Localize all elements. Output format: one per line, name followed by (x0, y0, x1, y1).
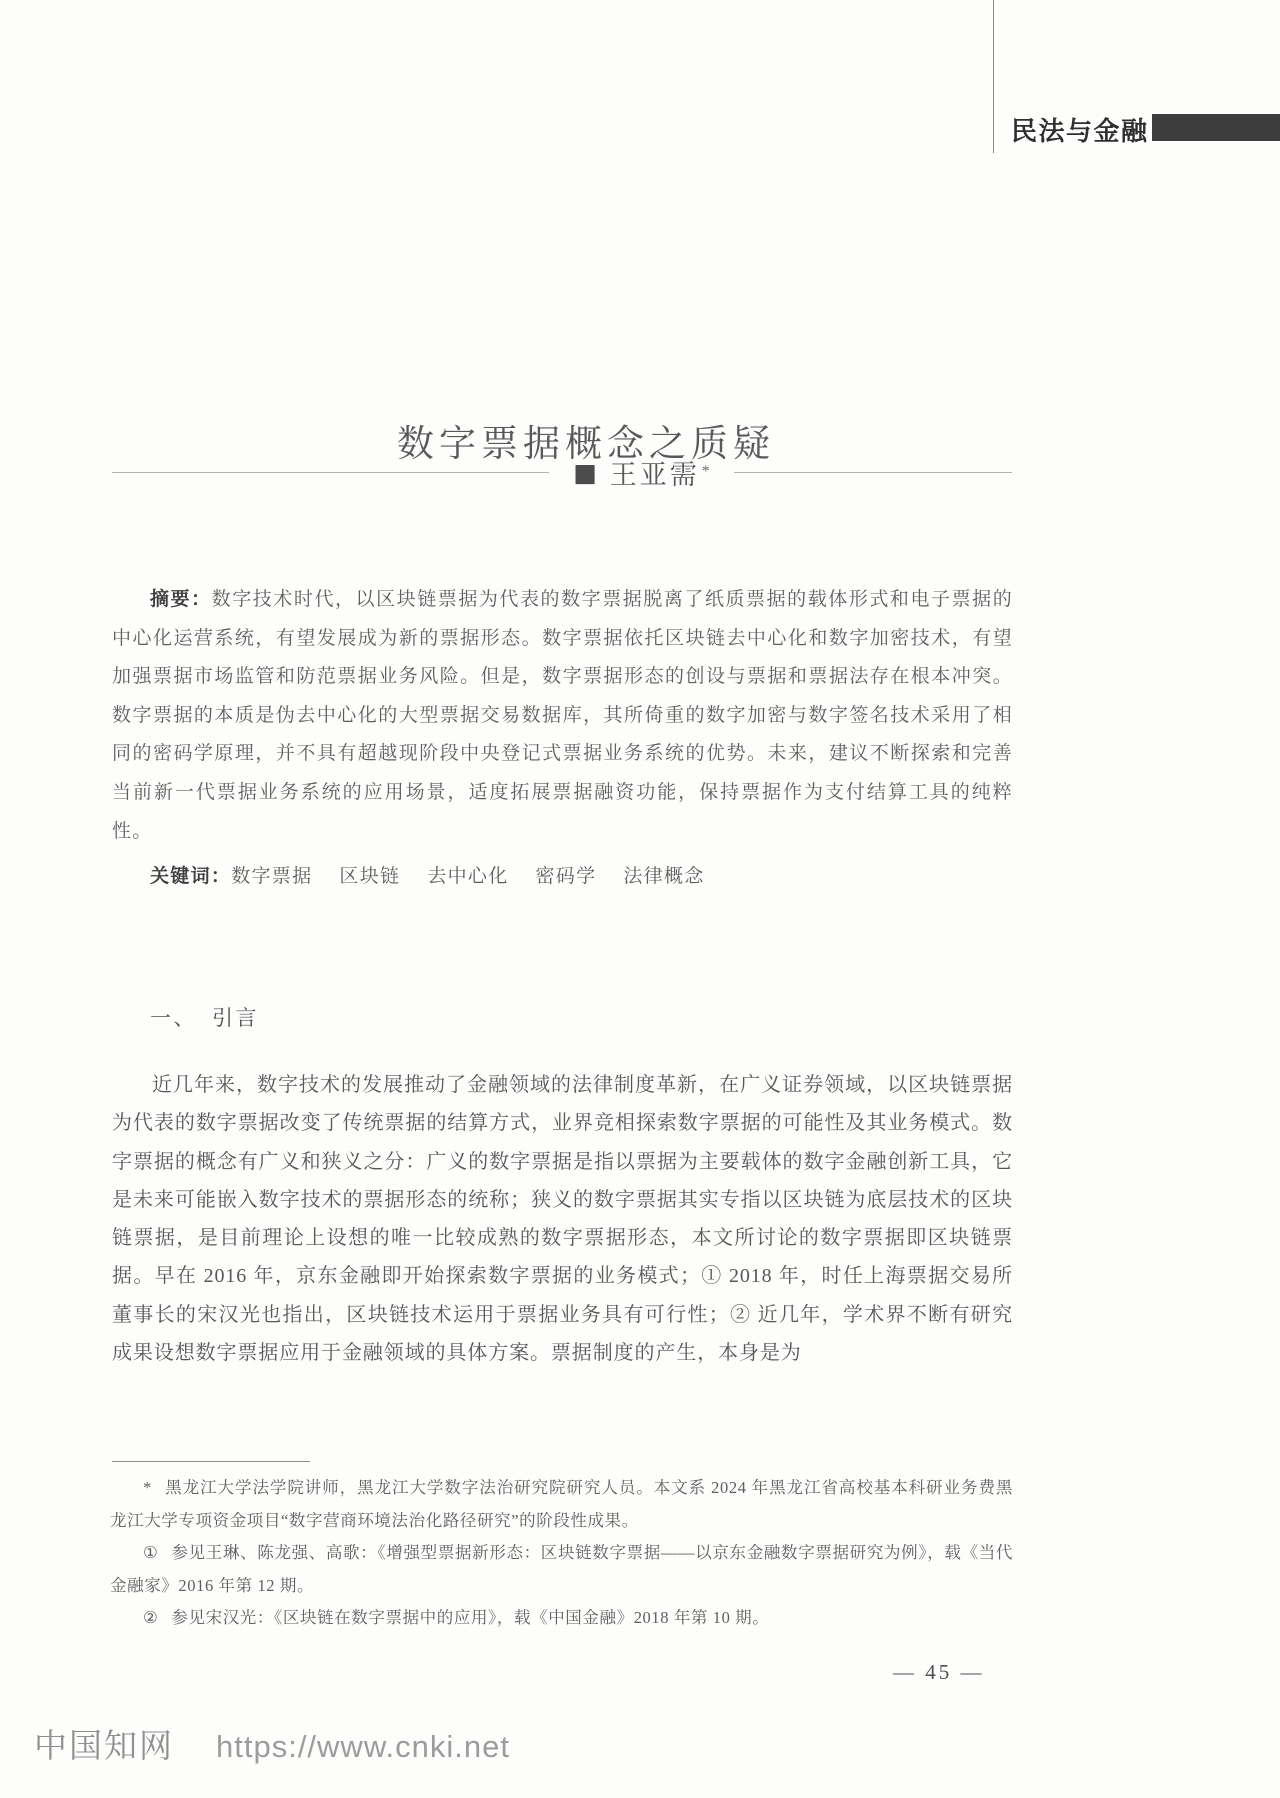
cnki-brand: 中国知网 (34, 1720, 174, 1767)
author-rule-right (734, 472, 1012, 473)
header-dark-block (1152, 114, 1280, 141)
footnote-text: 参见王琳、陈龙强、高歌：《增强型票据新形态：区块链数字票据——以京东金融数字票据… (110, 1543, 1013, 1595)
keyword-item: 区块链 (339, 866, 400, 887)
section-number: 一、 (150, 1007, 197, 1030)
document-page: 民法与金融 数字票据概念之质疑 ■ 王亚需 * 摘要：数字技术时代，以区块链票据… (0, 0, 1280, 1798)
keyword-item: 法律概念 (623, 866, 704, 887)
author-square-icon: ■ (573, 460, 597, 485)
section-heading: 一、引言 (150, 1002, 259, 1032)
keyword-item: 去中心化 (427, 866, 508, 887)
page-number: — 45 — (893, 1660, 985, 1685)
abstract-label: 摘要： (150, 589, 212, 610)
cnki-footer: 中国知网 https://www.cnki.net (34, 1720, 510, 1767)
keyword-item: 数字票据 (231, 866, 312, 887)
author-row: ■ 王亚需 * (112, 452, 1012, 492)
author-rule-left (112, 472, 549, 473)
author-footnote-mark: * (702, 463, 710, 481)
footnote-item: *黑龙江大学法学院讲师，黑龙江大学数字法治研究院研究人员。本文系 2024 年黑… (110, 1472, 1013, 1537)
footnote-marker: * (143, 1478, 152, 1497)
footnotes: *黑龙江大学法学院讲师，黑龙江大学数字法治研究院研究人员。本文系 2024 年黑… (110, 1472, 1013, 1635)
keywords-line: 关键词：数字票据区块链去中心化密码学法律概念 (112, 861, 1013, 888)
footnote-text: 黑龙江大学法学院讲师，黑龙江大学数字法治研究院研究人员。本文系 2024 年黑龙… (110, 1478, 1013, 1530)
body-paragraph: 近几年来，数字技术的发展推动了金融领域的法律制度革新，在广义证券领域，以区块链票… (112, 1066, 1013, 1372)
header-vertical-rule (993, 0, 994, 153)
abstract-text: 数字技术时代，以区块链票据为代表的数字票据脱离了纸质票据的载体形式和电子票据的中… (112, 589, 1013, 842)
author-block: ■ 王亚需 * (573, 453, 710, 492)
footnote-marker: ② (143, 1608, 158, 1627)
section-title: 引言 (212, 1007, 259, 1030)
author-name: 王亚需 (610, 453, 700, 492)
footnote-separator (112, 1461, 310, 1462)
journal-section-label: 民法与金融 (1011, 111, 1149, 148)
cnki-url: https://www.cnki.net (216, 1729, 510, 1765)
footnote-marker: ① (143, 1543, 158, 1562)
keyword-item: 密码学 (536, 866, 597, 887)
abstract-paragraph: 摘要：数字技术时代，以区块链票据为代表的数字票据脱离了纸质票据的载体形式和电子票… (112, 581, 1013, 851)
keywords-label: 关键词： (150, 866, 231, 887)
footnote-item: ①参见王琳、陈龙强、高歌：《增强型票据新形态：区块链数字票据——以京东金融数字票… (110, 1537, 1013, 1602)
footnote-text: 参见宋汉光：《区块链在数字票据中的应用》，载《中国金融》2018 年第 10 期… (171, 1608, 769, 1627)
footnote-item: ②参见宋汉光：《区块链在数字票据中的应用》，载《中国金融》2018 年第 10 … (110, 1602, 1013, 1635)
